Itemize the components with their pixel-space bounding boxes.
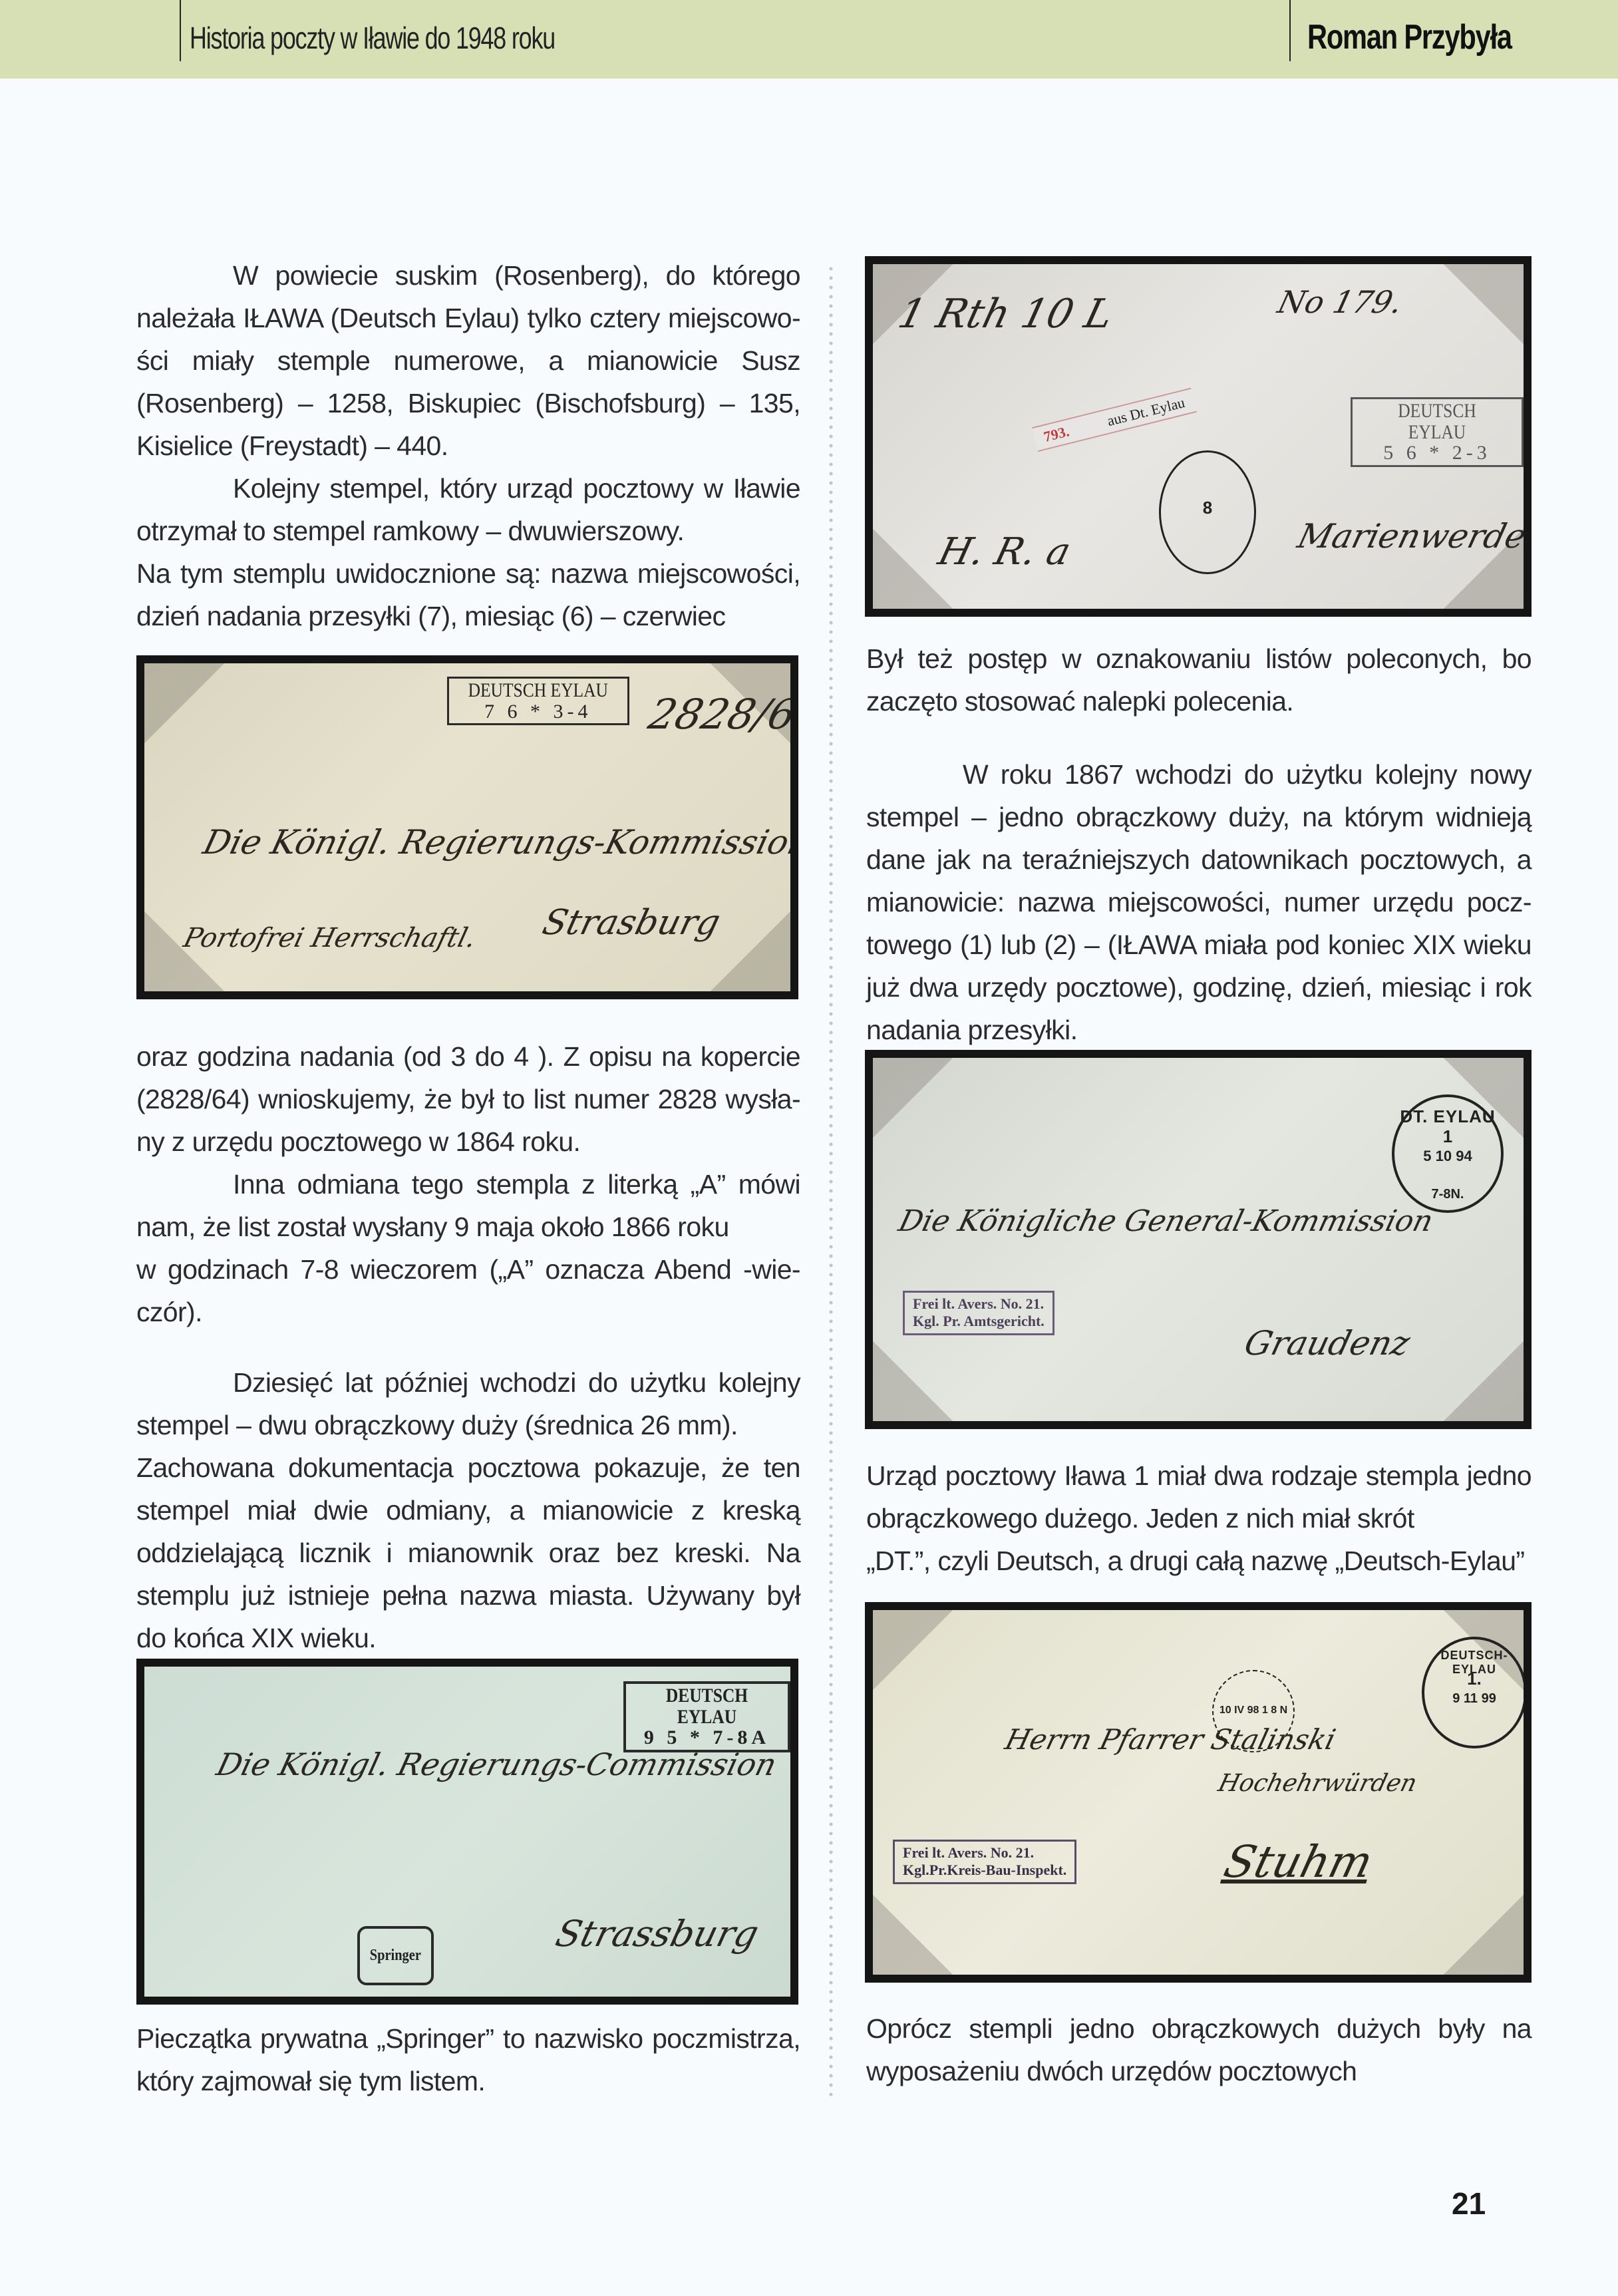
text-line: dane jak na teraźniejszych datownikach p… xyxy=(866,838,1532,881)
text-line: ny z urzędu pocztowego w 1864 roku. xyxy=(136,1120,800,1163)
text-line: mianowicie: nazwa miejscowości, numer ur… xyxy=(866,881,1532,923)
envelope-photo-registered: 1 Rth 10 L No 179. 793.aus Dt. Eylau DEU… xyxy=(865,256,1532,617)
text-line: oddzielającą licznik i mianownik oraz be… xyxy=(136,1532,800,1574)
round-postmark: DT. EYLAU 1 5 10 94 7-8N. xyxy=(1392,1094,1504,1213)
frame-postmark: DEUTSCH EYLAU 9 5 * 7-8A xyxy=(623,1681,790,1752)
text-line: Kisielice (Freystadt) – 440. xyxy=(136,424,800,467)
photo-caption: Urząd pocztowy Iława 1 miał dwa rodzaje … xyxy=(866,1454,1532,1582)
publication-title: Historia poczty w Iławie do 1948 roku xyxy=(190,20,555,56)
handwritten-destination: Strasburg xyxy=(539,903,725,943)
paragraph: Oprócz stempli jedno obrączkowych dużych… xyxy=(866,2007,1532,2092)
text-line: stempel – jedno obrączkowy duży, na któr… xyxy=(866,796,1532,838)
paragraph: oraz godzina nadania (od 3 do 4 ). Z opi… xyxy=(136,1035,800,1163)
text-line: wyposażeniu dwóch urzędów pocztowych xyxy=(866,2050,1532,2092)
header-divider xyxy=(180,0,181,61)
paragraph: Kolejny stempel, który urząd pocztowy w … xyxy=(136,467,800,637)
paragraph: W roku 1867 wchodzi do użytku kolejny no… xyxy=(866,753,1532,1051)
text-line: zaczęto stosować nalepki polecenia. xyxy=(866,680,1532,723)
text-line: W roku 1867 wchodzi do użytku kolejny no… xyxy=(866,753,1532,796)
handwritten-note: No 179. xyxy=(1274,284,1406,320)
text-line: dzień nadania przesyłki (7), miesiąc (6)… xyxy=(136,595,800,637)
paragraph: Inna odmiana tego stempla z literką „A” … xyxy=(136,1163,800,1333)
text-line: Oprócz stempli jedno obrączkowych dużych… xyxy=(866,2007,1532,2050)
official-free-stamp: Frei lt. Avers. No. 21. Kgl. Pr. Amtsger… xyxy=(903,1291,1054,1335)
text-line: do końca XIX wieku. xyxy=(136,1617,800,1659)
text-line: stempel miał dwie odmiany, a mianowicie … xyxy=(136,1489,800,1532)
text-line: Urząd pocztowy Iława 1 miał dwa rodzaje … xyxy=(866,1454,1532,1497)
text-line: należała IŁAWA (Deutsch Eylau) tylko czt… xyxy=(136,297,800,339)
text-line: nam, że list został wysłany 9 maja około… xyxy=(136,1206,800,1248)
handwritten-address: Herrn Pfarrer Stalinski xyxy=(1002,1723,1339,1756)
text-line: stemplu już istnieje pełna nazwa miasta.… xyxy=(136,1574,800,1617)
page-number: 21 xyxy=(1452,2186,1486,2221)
text-line: oraz godzina nadania (od 3 do 4 ). Z opi… xyxy=(136,1035,800,1078)
text-line: już dwa urzędy pocztowe), godzinę, dzień… xyxy=(866,966,1532,1009)
text-line: w godzinach 7-8 wieczorem („A” oznacza A… xyxy=(136,1248,800,1291)
text-line: który zajmował się tym listem. xyxy=(136,2060,800,2102)
handwritten-sender: Portofrei Herrschaftl. xyxy=(180,923,479,953)
handwritten-initials: H. R. a xyxy=(934,530,1075,574)
envelope-photo-dt-eylau: DT. EYLAU 1 5 10 94 7-8N. Die Königliche… xyxy=(865,1050,1532,1429)
text-line: „DT.”, czyli Deutsch, a drugi całą nazwę… xyxy=(866,1540,1532,1582)
header-divider xyxy=(1289,0,1291,61)
round-postmark: 8 xyxy=(1159,450,1256,574)
text-line: (Rosenberg) – 1258, Biskupiec (Bischofsb… xyxy=(136,382,800,424)
official-free-stamp: Frei lt. Avers. No. 21. Kgl.Pr.Kreis-Bau… xyxy=(893,1840,1076,1884)
text-line: Był też postęp w oznakowaniu listów pole… xyxy=(866,637,1532,680)
handwritten-destination: Graudenz xyxy=(1241,1324,1414,1363)
text-line: Dziesięć lat później wchodzi do użytku k… xyxy=(136,1361,800,1404)
text-line: otrzymał to stempel ramkowy – dwuwierszo… xyxy=(136,510,800,552)
text-line: czór). xyxy=(136,1291,800,1333)
text-line: (2828/64) wnioskujemy, że był to list nu… xyxy=(136,1078,800,1120)
paragraph: W powiecie suskim (Rosenberg), do któreg… xyxy=(136,254,800,467)
handwritten-address: Die Königl. Regierungs-Commission xyxy=(213,1746,780,1782)
handwritten-postage: 1 Rth 10 L xyxy=(893,291,1118,337)
text-line: W powiecie suskim (Rosenberg), do któreg… xyxy=(136,254,800,297)
text-line: ści miały stemple numerowe, a mianowicie… xyxy=(136,339,800,382)
handwritten-destination: Stuhm xyxy=(1219,1836,1378,1887)
photo-caption: Pieczątka prywatna „Springer” to nazwisk… xyxy=(136,2017,800,2102)
paragraph: Dziesięć lat później wchodzi do użytku k… xyxy=(136,1361,800,1659)
text-line: Kolejny stempel, który urząd pocztowy w … xyxy=(136,467,800,510)
text-line: Inna odmiana tego stempla z literką „A” … xyxy=(136,1163,800,1206)
handwritten-destination: Marienwerder xyxy=(1294,517,1532,556)
column-separator xyxy=(829,264,833,2097)
author-name: Roman Przybyła xyxy=(1307,17,1512,57)
handwritten-address: Die Königliche General-Kommission xyxy=(895,1204,1437,1238)
envelope-photo-deutsch-eylau: DEUTSCH-EYLAU 1. 9 11 99 10 IV 98 1 8 N … xyxy=(865,1602,1532,1983)
handwritten-address: Die Königl. Regierungs-Kommission xyxy=(200,823,798,862)
text-line: nadania przesyłki. xyxy=(866,1009,1532,1051)
frame-postmark: DEUTSCH EYLAU 5 6 * 2-3 xyxy=(1351,397,1524,467)
handwritten-note: 2828/64 xyxy=(644,690,798,738)
handwritten-destination: Strassburg xyxy=(552,1913,763,1955)
envelope-photo-springer: DEUTSCH EYLAU 9 5 * 7-8A Die Königl. Reg… xyxy=(136,1659,798,2005)
text-line: Na tym stemplu uwidocznione są: nazwa mi… xyxy=(136,552,800,595)
text-line: Pieczątka prywatna „Springer” to nazwisk… xyxy=(136,2017,800,2060)
text-line: Zachowana dokumentacja pocztowa pokazuje… xyxy=(136,1446,800,1489)
handwritten-honorific: Hochehrwürden xyxy=(1215,1770,1420,1797)
text-line: stempel – dwu obrączkowy duży (średnica … xyxy=(136,1404,800,1446)
envelope-photo-1864: DEUTSCH EYLAU 7 6 * 3-4 2828/64 Die Köni… xyxy=(136,655,798,999)
round-postmark: DEUTSCH-EYLAU 1. 9 11 99 xyxy=(1422,1637,1527,1748)
frame-postmark: DEUTSCH EYLAU 7 6 * 3-4 xyxy=(447,677,629,725)
text-line: towego (1) lub (2) – (IŁAWA miała pod ko… xyxy=(866,923,1532,966)
private-postmaster-stamp: Springer xyxy=(357,1926,434,1985)
paragraph: Był też postęp w oznakowaniu listów pole… xyxy=(866,637,1532,723)
running-header: Historia poczty w Iławie do 1948 roku Ro… xyxy=(0,0,1618,79)
text-line: obrączkowego dużego. Jeden z nich miał s… xyxy=(866,1497,1532,1540)
